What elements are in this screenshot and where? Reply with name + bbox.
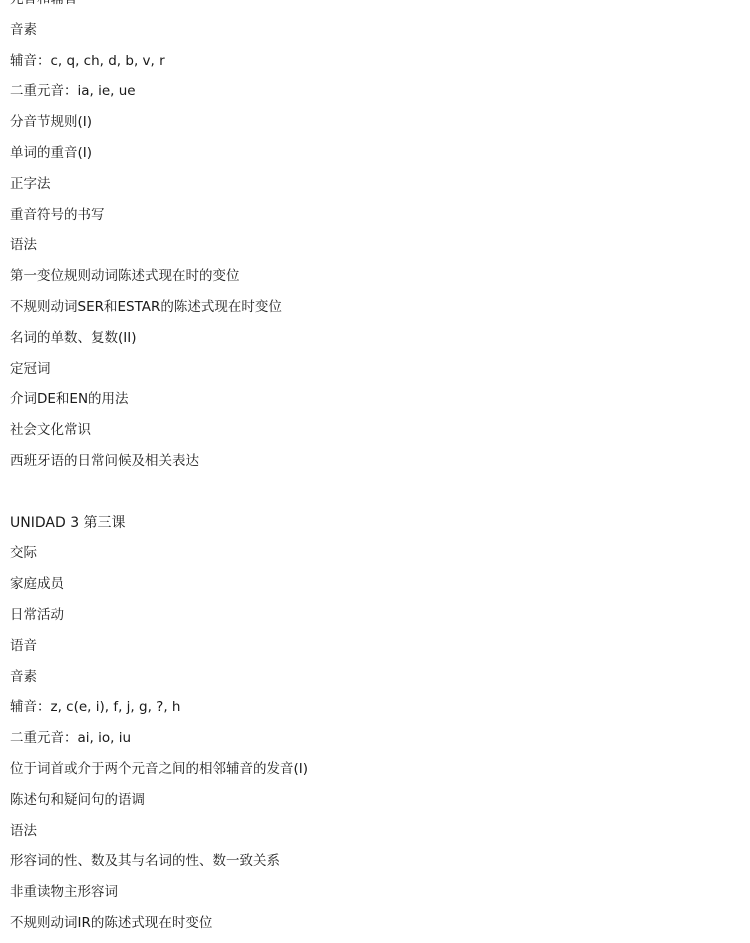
outline-line: 非重读物主形容词: [10, 877, 740, 908]
outline-line: 形容词的性、数及其与名词的性、数一致关系: [10, 846, 740, 877]
outline-line: 社会文化常识: [10, 415, 740, 446]
outline-line: 分音节规则(I): [10, 107, 740, 138]
outline-line: 语法: [10, 230, 740, 261]
outline-line: 位于词首或介于两个元音之间的相邻辅音的发音(I): [10, 754, 740, 785]
outline-line: 正字法: [10, 169, 740, 200]
outline-line: 不规则动词IR的陈述式现在时变位: [10, 908, 740, 939]
outline-line: 语法: [10, 816, 740, 847]
blank-line: [10, 477, 740, 508]
outline-line: 第一变位规则动词陈述式现在时的变位: [10, 261, 740, 292]
outline-line: 重音符号的书写: [10, 200, 740, 231]
outline-line: 介词DE和EN的用法: [10, 384, 740, 415]
outline-line: 辅音：c, q, ch, d, b, v, r: [10, 46, 740, 77]
outline-line: 音素: [10, 15, 740, 46]
outline-line: 不规则动词SER和ESTAR的陈述式现在时变位: [10, 292, 740, 323]
outline-line: 二重元音：ai, io, iu: [10, 723, 740, 754]
unit-heading: UNIDAD 3 第三课: [10, 508, 740, 539]
outline-line: 音素: [10, 662, 740, 693]
document-body: 元音和辅音音素辅音：c, q, ch, d, b, v, r二重元音：ia, i…: [10, 0, 740, 939]
outline-line: 名词的单数、复数(II): [10, 323, 740, 354]
outline-line: 元音和辅音: [10, 0, 740, 15]
outline-line: 单词的重音(I): [10, 138, 740, 169]
outline-line: 西班牙语的日常问候及相关表达: [10, 446, 740, 477]
outline-line: 语音: [10, 631, 740, 662]
outline-line: 交际: [10, 538, 740, 569]
outline-line: 辅音：z, c(e, i), f, j, g, ?, h: [10, 692, 740, 723]
outline-line: 家庭成员: [10, 569, 740, 600]
outline-line: 陈述句和疑问句的语调: [10, 785, 740, 816]
outline-line: 定冠词: [10, 354, 740, 385]
outline-line: 二重元音：ia, ie, ue: [10, 76, 740, 107]
outline-line: 日常活动: [10, 600, 740, 631]
